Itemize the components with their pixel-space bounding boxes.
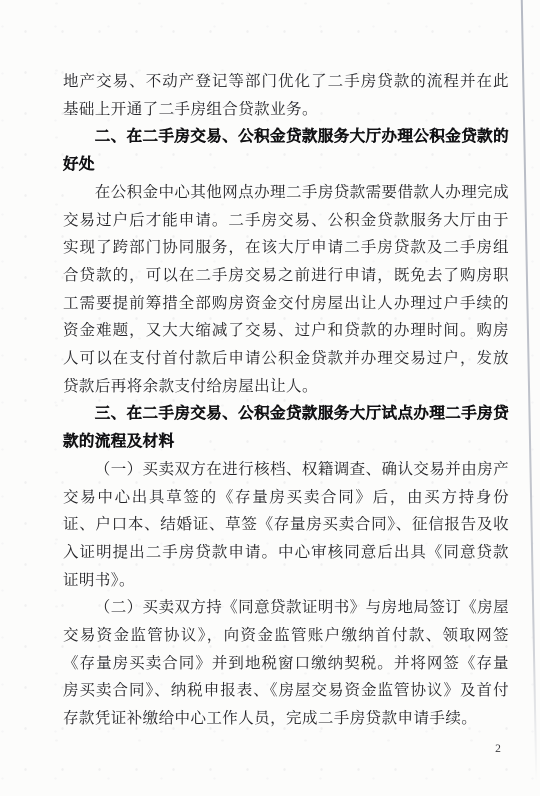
section-heading-3: 三、在二手房交易、公积金贷款服务大厅试点办理二手房贷款的流程及材料 bbox=[63, 400, 509, 455]
scanned-document-page: { "page": { "number": "2" }, "document":… bbox=[0, 0, 540, 796]
document-text-block: 地产交易、不动产登记等部门优化了二手房贷款的流程并在此基础上开通了二手房组合贷款… bbox=[63, 68, 509, 733]
section-heading-2: 二、在二手房交易、公积金贷款服务大厅办理公积金贷款的好处 bbox=[63, 123, 509, 178]
page-number: 2 bbox=[488, 743, 508, 755]
paragraph-benefits: 在公积金中心其他网点办理二手房贷款需要借款人办理完成交易过户后才能申请。二手房交… bbox=[63, 179, 509, 401]
paragraph-step-1: （一）买卖双方在进行核档、权籍调查、确认交易并由房产交易中心出具草签的《存量房买… bbox=[63, 456, 509, 595]
scan-smudge-mark bbox=[0, 694, 16, 768]
paragraph-step-2: （二）买卖双方持《同意贷款证明书》与房地局签订《房屋交易资金监管协议》，向资金监… bbox=[63, 594, 509, 733]
scan-artifact-line bbox=[521, 0, 537, 782]
paragraph-continuation: 地产交易、不动产登记等部门优化了二手房贷款的流程并在此基础上开通了二手房组合贷款… bbox=[63, 68, 509, 123]
